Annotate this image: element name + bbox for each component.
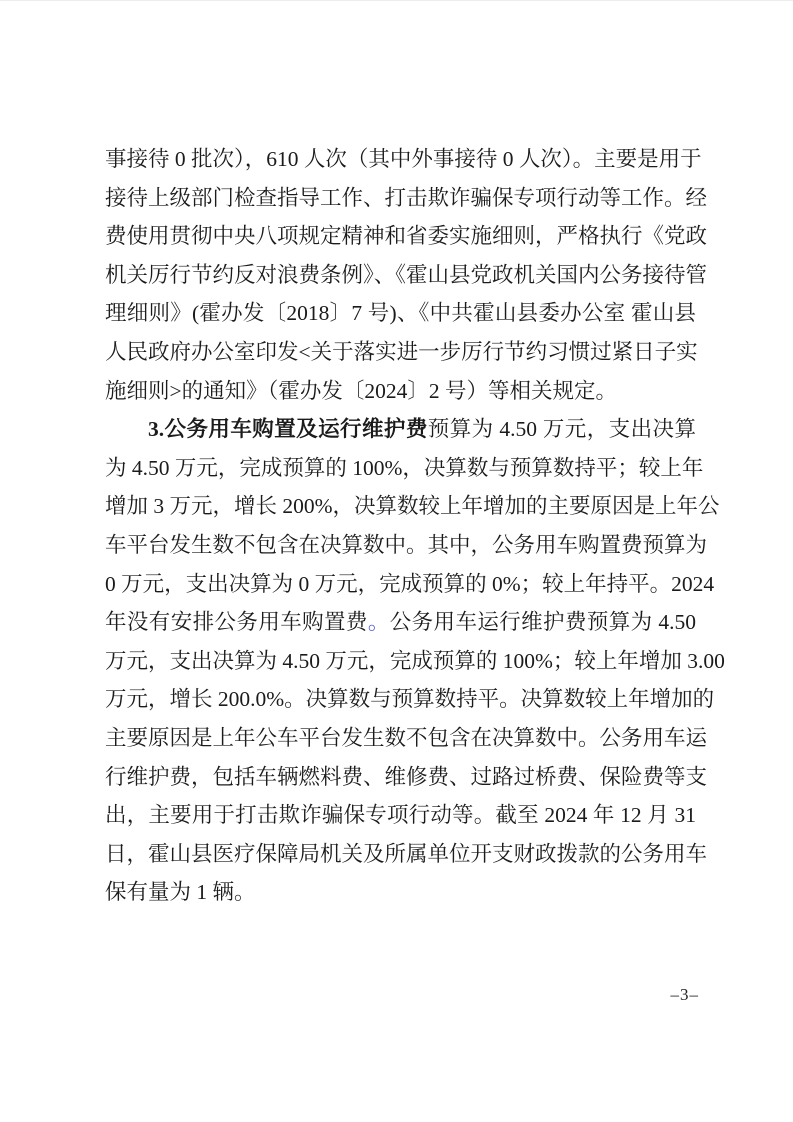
body-text: 主要原因是上年公车平台发生数不包含在决算数中。公务用车运 xyxy=(105,726,707,750)
body-text: 保有量为 1 辆。 xyxy=(105,880,256,904)
body-text: 年没有安排公务用车购置费 xyxy=(105,610,368,634)
text-line: 万元，增长 200.0%。决算数与预算数持平。决算数较上年增加的 xyxy=(105,680,696,719)
document-body: 事接待 0 批次），610 人次（其中外事接待 0 人次）。主要是用于接待上级部… xyxy=(105,140,696,912)
body-text: 人民政府办公室印发<关于落实进一步厉行节约习惯过紧日子实 xyxy=(105,340,698,364)
text-line: 0 万元，支出决算为 0 万元，完成预算的 0%；较上年持平。2024 xyxy=(105,565,696,604)
text-line: 理细则》(霍办发〔2018〕7 号)、《中共霍山县委办公室 霍山县 xyxy=(105,294,696,333)
text-line: 费使用贯彻中央八项规定精神和省委实施细则，严格执行《党政 xyxy=(105,217,696,256)
body-text: 车平台发生数不包含在决算数中。其中，公务用车购置费预算为 xyxy=(105,533,707,557)
text-line: 日，霍山县医疗保障局机关及所属单位开支财政拨款的公务用车 xyxy=(105,835,696,874)
text-line: 为 4.50 万元，完成预算的 100%，决算数与预算数持平；较上年 xyxy=(105,449,696,488)
body-text: 万元，支出决算为 4.50 万元，完成预算的 100%；较上年增加 3.00 xyxy=(105,649,725,673)
text-line: 人民政府办公室印发<关于落实进一步厉行节约习惯过紧日子实 xyxy=(105,333,696,372)
text-line: 机关厉行节约反对浪费条例》、《霍山县党政机关国内公务接待管 xyxy=(105,256,696,295)
text-line: 保有量为 1 辆。 xyxy=(105,873,696,912)
body-text: 预算为 4.50 万元，支出决算 xyxy=(428,417,696,441)
page-number: –3– xyxy=(671,983,700,1007)
text-line: 行维护费，包括车辆燃料费、维修费、过路过桥费、保险费等支 xyxy=(105,758,696,797)
body-text: 为 4.50 万元，完成预算的 100%，决算数与预算数持平；较上年 xyxy=(105,456,703,480)
highlighted-punctuation: 。 xyxy=(368,610,390,634)
body-text: 日，霍山县医疗保障局机关及所属单位开支财政拨款的公务用车 xyxy=(105,842,707,866)
text-line: 施细则>的通知》（霍办发〔2024〕2 号）等相关规定。 xyxy=(105,372,696,411)
text-line: 增加 3 万元，增长 200%，决算数较上年增加的主要原因是上年公 xyxy=(105,487,696,526)
text-line: 事接待 0 批次），610 人次（其中外事接待 0 人次）。主要是用于 xyxy=(105,140,696,179)
text-line: 万元，支出决算为 4.50 万元，完成预算的 100%；较上年增加 3.00 xyxy=(105,642,696,681)
body-text: 0 万元，支出决算为 0 万元，完成预算的 0%；较上年持平。2024 xyxy=(105,572,714,596)
text-line: 年没有安排公务用车购置费。公务用车运行维护费预算为 4.50 xyxy=(105,603,696,642)
body-text: 事接待 0 批次），610 人次（其中外事接待 0 人次）。主要是用于 xyxy=(105,147,702,171)
text-line: 接待上级部门检查指导工作、打击欺诈骗保专项行动等工作。经 xyxy=(105,179,696,218)
text-line: 3.公务用车购置及运行维护费预算为 4.50 万元，支出决算 xyxy=(105,410,696,449)
section-heading-text: 3.公务用车购置及运行维护费 xyxy=(148,417,428,441)
body-text: 增加 3 万元，增长 200%，决算数较上年增加的主要原因是上年公 xyxy=(105,494,720,518)
body-text: 费使用贯彻中央八项规定精神和省委实施细则，严格执行《党政 xyxy=(105,224,707,248)
body-text: 接待上级部门检查指导工作、打击欺诈骗保专项行动等工作。经 xyxy=(105,186,707,210)
body-text: 理细则》(霍办发〔2018〕7 号)、《中共霍山县委办公室 霍山县 xyxy=(105,301,696,325)
body-text: 出，主要用于打击欺诈骗保专项行动等。截至 2024 年 12 月 31 xyxy=(105,803,696,827)
text-line: 主要原因是上年公车平台发生数不包含在决算数中。公务用车运 xyxy=(105,719,696,758)
body-text: 万元，增长 200.0%。决算数与预算数持平。决算数较上年增加的 xyxy=(105,687,714,711)
text-line: 出，主要用于打击欺诈骗保专项行动等。截至 2024 年 12 月 31 xyxy=(105,796,696,835)
body-text: 行维护费，包括车辆燃料费、维修费、过路过桥费、保险费等支 xyxy=(105,765,707,789)
body-text: 公务用车运行维护费预算为 4.50 xyxy=(390,610,696,634)
document-page: 事接待 0 批次），610 人次（其中外事接待 0 人次）。主要是用于接待上级部… xyxy=(0,0,793,1122)
body-text: 机关厉行节约反对浪费条例》、《霍山县党政机关国内公务接待管 xyxy=(105,263,707,287)
text-line: 车平台发生数不包含在决算数中。其中，公务用车购置费预算为 xyxy=(105,526,696,565)
body-text: 施细则>的通知》（霍办发〔2024〕2 号）等相关规定。 xyxy=(105,379,617,403)
